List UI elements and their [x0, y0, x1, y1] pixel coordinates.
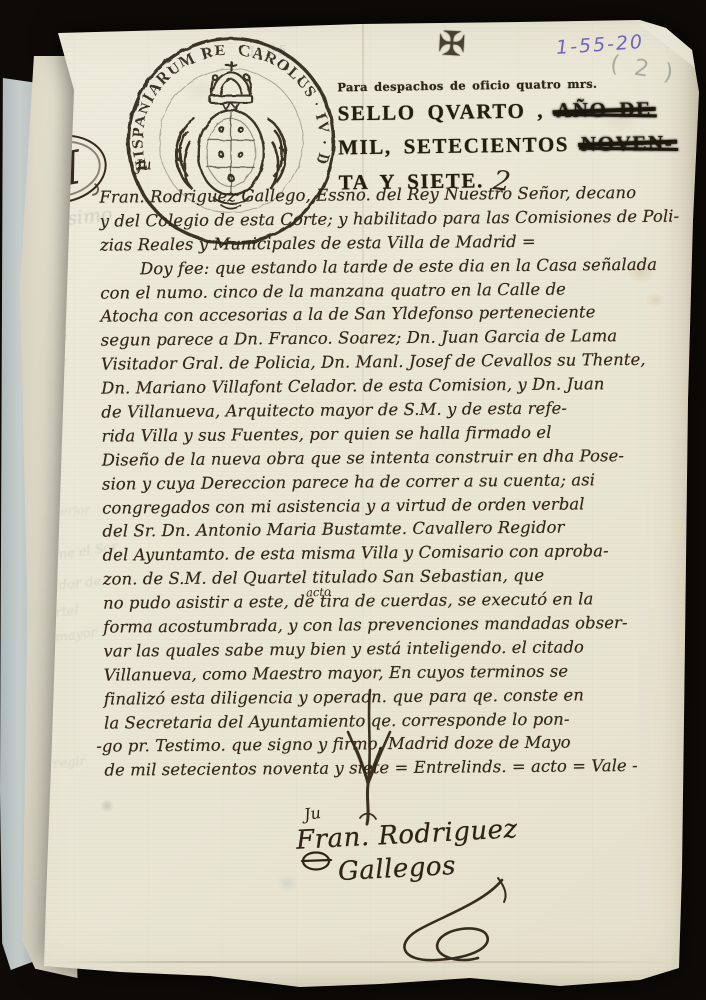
ghost-margin-text: Informome el Sor [2, 540, 119, 571]
photographed-archive-document: { "colors": { "paper": "#ebe7d6", "ink":… [0, 0, 706, 1000]
tax-stamp-text-block: Para despachos de oficio quatro mrs. SEL… [337, 76, 674, 197]
ghost-margin-text: del Quartel [4, 604, 79, 625]
tax-stamp-line1-plain: SELLO QVARTO , [337, 98, 544, 125]
ghost-margin-text: Conde [8, 380, 51, 397]
paper-sheet: 1-55-20 ( 2 ) 1-55 ✠ HISPANIARUM REX CAR… [0, 0, 706, 1000]
margin-paraph-letter: M [29, 140, 88, 202]
ghost-margin-text: que anterior [14, 503, 90, 522]
horizontal-crease [46, 961, 678, 963]
ghost-margin-text: Arqto. mayor [10, 625, 98, 650]
tax-stamp-line1-struck: AÑO DE [556, 96, 652, 125]
manuscript-line: de mil setecientos noventa y siete = Ent… [104, 754, 704, 783]
margin-paraph: M [8, 124, 114, 214]
ghost-margin-text: Corregidor de [8, 574, 102, 599]
notarial-sign-flourish [336, 688, 402, 828]
ghost-margin-text: Mayo de [6, 354, 68, 374]
ghost-margin-text: Madrid y [2, 330, 67, 350]
signature-pre-mark: Ju [303, 803, 322, 824]
signature-rubric-flourish [374, 876, 534, 972]
tax-stamp-header: Para despachos de oficio quatro mrs. [337, 76, 672, 95]
tax-stamp-line2-struck: NOVEN- [581, 129, 674, 158]
interlined-word: acto [306, 584, 332, 599]
printed-cross-ornament: ✠ [437, 23, 467, 63]
opening-mark: Ju [135, 155, 152, 175]
tax-stamp-line1: SELLO QVARTO , AÑO DE [337, 96, 673, 128]
tax-stamp-line2-plain: MIL, SETECIENTOS [338, 132, 569, 159]
ghost-margin-text: y corregir [20, 754, 86, 775]
tax-stamp-line2: MIL, SETECIENTOS NOVEN- [338, 129, 674, 161]
document-page: 1-55-20 ( 2 ) 1-55 ✠ HISPANIARUM REX CAR… [0, 0, 706, 1000]
seal-crown-icon [210, 62, 252, 103]
vertical-crease [362, 22, 364, 722]
signature-theta-mark [300, 848, 336, 874]
manuscript-body: Fran. Rodriguez Gallego, Essno. del Rey … [99, 180, 704, 782]
seal-shield [198, 103, 264, 195]
